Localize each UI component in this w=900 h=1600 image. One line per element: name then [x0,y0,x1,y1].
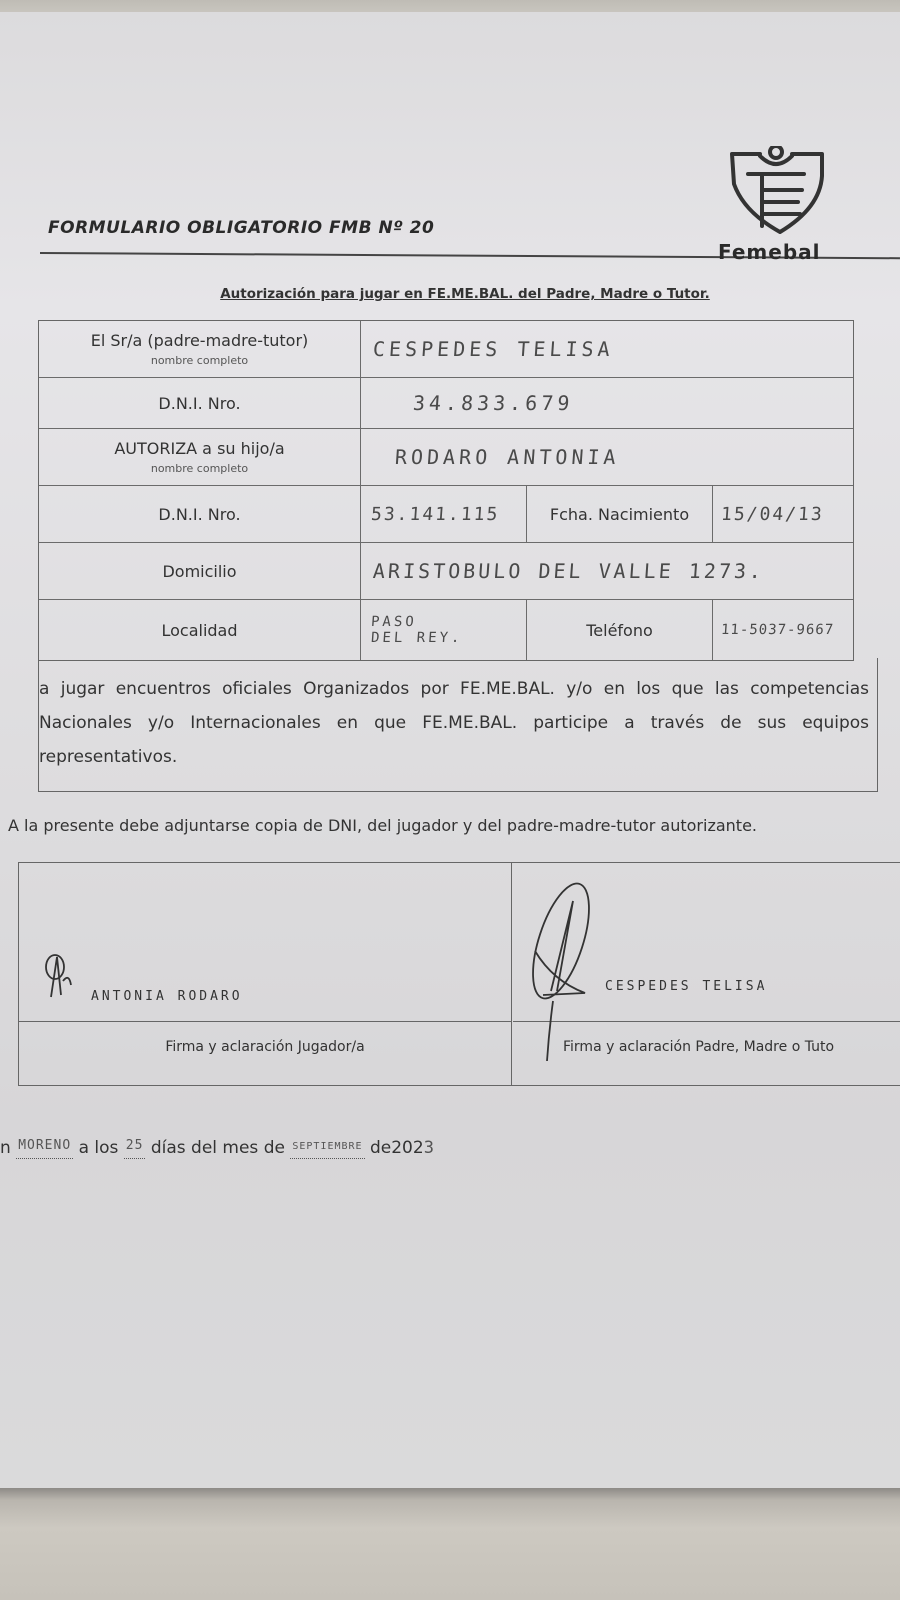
background-surface-bottom [0,1488,900,1600]
birth-date-value: 15/04/13 [720,504,824,525]
locality-value-line1: PASO [370,614,417,630]
date-prefix: n [0,1138,11,1158]
guardian-signature-column: CESPEDES TELISA Firma y aclaración Padre… [513,863,900,1085]
locality-row: Localidad PASO DEL REY. Teléfono 11-5037… [39,600,853,660]
guardian-signature-label: Firma y aclaración Padre, Madre o Tuto [563,1039,900,1055]
player-clarification: ANTONIA RODARO [91,989,243,1004]
place-field[interactable]: MORENO [16,1138,73,1159]
a-los-text: a los [79,1138,119,1158]
year-handwritten[interactable]: 3 [424,1138,434,1158]
locality-field[interactable]: PASO DEL REY. [361,600,527,660]
child-dni-field[interactable]: 53.141.115 [361,486,527,542]
phone-value: 11-5037-9667 [720,622,834,638]
locality-label: Localidad [161,621,237,640]
tutor-name-value: CESPEDES TELISA [372,337,614,361]
child-dni-label-cell: D.N.I. Nro. [39,486,361,542]
player-signature-box[interactable]: ANTONIA RODARO [19,863,511,1022]
address-field[interactable]: ARISTOBULO DEL VALLE 1273. [361,543,853,599]
player-signature-label: Firma y aclaración Jugador/a [19,1039,511,1055]
form-subtitle: Autorización para jugar en FE.ME.BAL. de… [0,286,900,302]
player-signature-icon [41,951,77,1007]
authorization-table: El Sr/a (padre-madre-tutor) nombre compl… [38,320,854,661]
signature-table: ANTONIA RODARO Firma y aclaración Jugado… [18,862,900,1086]
locality-value-line2: DEL REY. [370,630,463,646]
tutor-dni-label-cell: D.N.I. Nro. [39,378,361,428]
logo-text: Femebal [718,240,821,264]
tutor-dni-label: D.N.I. Nro. [158,394,240,413]
phone-field[interactable]: 11-5037-9667 [713,600,853,660]
address-label: Domicilio [162,562,236,581]
month-prefix-text: días del mes de [151,1138,285,1158]
child-label-cell: AUTORIZA a su hijo/a nombre completo [39,429,361,485]
tutor-sublabel: nombre completo [151,354,248,367]
day-value: 25 [126,1138,144,1153]
year-prefix-text: de [370,1138,391,1158]
tutor-dni-value: 34.833.679 [372,391,574,415]
address-row: Domicilio ARISTOBULO DEL VALLE 1273. [39,543,853,600]
femebal-shield-icon [722,146,832,236]
attachment-notice: A la presente debe adjuntarse copia de D… [8,816,757,835]
child-name-field[interactable]: RODARO ANTONIA [361,429,853,485]
child-dni-row: D.N.I. Nro. 53.141.115 Fcha. Nacimiento … [39,486,853,543]
tutor-label-cell: El Sr/a (padre-madre-tutor) nombre compl… [39,321,361,377]
player-signature-column: ANTONIA RODARO Firma y aclaración Jugado… [19,863,512,1085]
birth-date-label: Fcha. Nacimiento [550,505,689,524]
guardian-signature-box[interactable]: CESPEDES TELISA [513,863,900,1022]
child-dni-label: D.N.I. Nro. [158,505,240,524]
child-sublabel: nombre completo [151,462,248,475]
form-title: FORMULARIO OBLIGATORIO FMB Nº 20 [48,218,434,238]
tutor-name-field[interactable]: CESPEDES TELISA [361,321,853,377]
day-field[interactable]: 25 [124,1138,146,1159]
child-row: AUTORIZA a su hijo/a nombre completo ROD… [39,429,853,486]
phone-label: Teléfono [586,621,653,640]
child-label: AUTORIZA a su hijo/a [114,439,284,458]
place-value: MORENO [18,1138,71,1153]
authorization-text: a jugar encuentros oficiales Organizados… [38,658,878,792]
child-dni-value: 53.141.115 [370,504,500,525]
tutor-dni-field[interactable]: 34.833.679 [361,378,853,428]
month-field[interactable]: SEPTIEMBRE [290,1138,364,1159]
tutor-dni-row: D.N.I. Nro. 34.833.679 [39,378,853,429]
tutor-row: El Sr/a (padre-madre-tutor) nombre compl… [39,321,853,378]
locality-label-cell: Localidad [39,600,361,660]
birth-date-field[interactable]: 15/04/13 [713,486,853,542]
birth-date-label-cell: Fcha. Nacimiento [527,486,713,542]
child-name-value: RODARO ANTONIA [372,445,620,469]
address-label-cell: Domicilio [39,543,361,599]
guardian-clarification: CESPEDES TELISA [605,979,767,994]
address-value: ARISTOBULO DEL VALLE 1273. [372,559,765,583]
phone-label-cell: Teléfono [527,600,713,660]
tutor-label: El Sr/a (padre-madre-tutor) [91,331,309,350]
month-value: SEPTIEMBRE [292,1141,362,1152]
year-printed: 202 [391,1138,423,1158]
date-place-line: n MORENO a los 25 días del mes de SEPTIE… [0,1138,434,1159]
